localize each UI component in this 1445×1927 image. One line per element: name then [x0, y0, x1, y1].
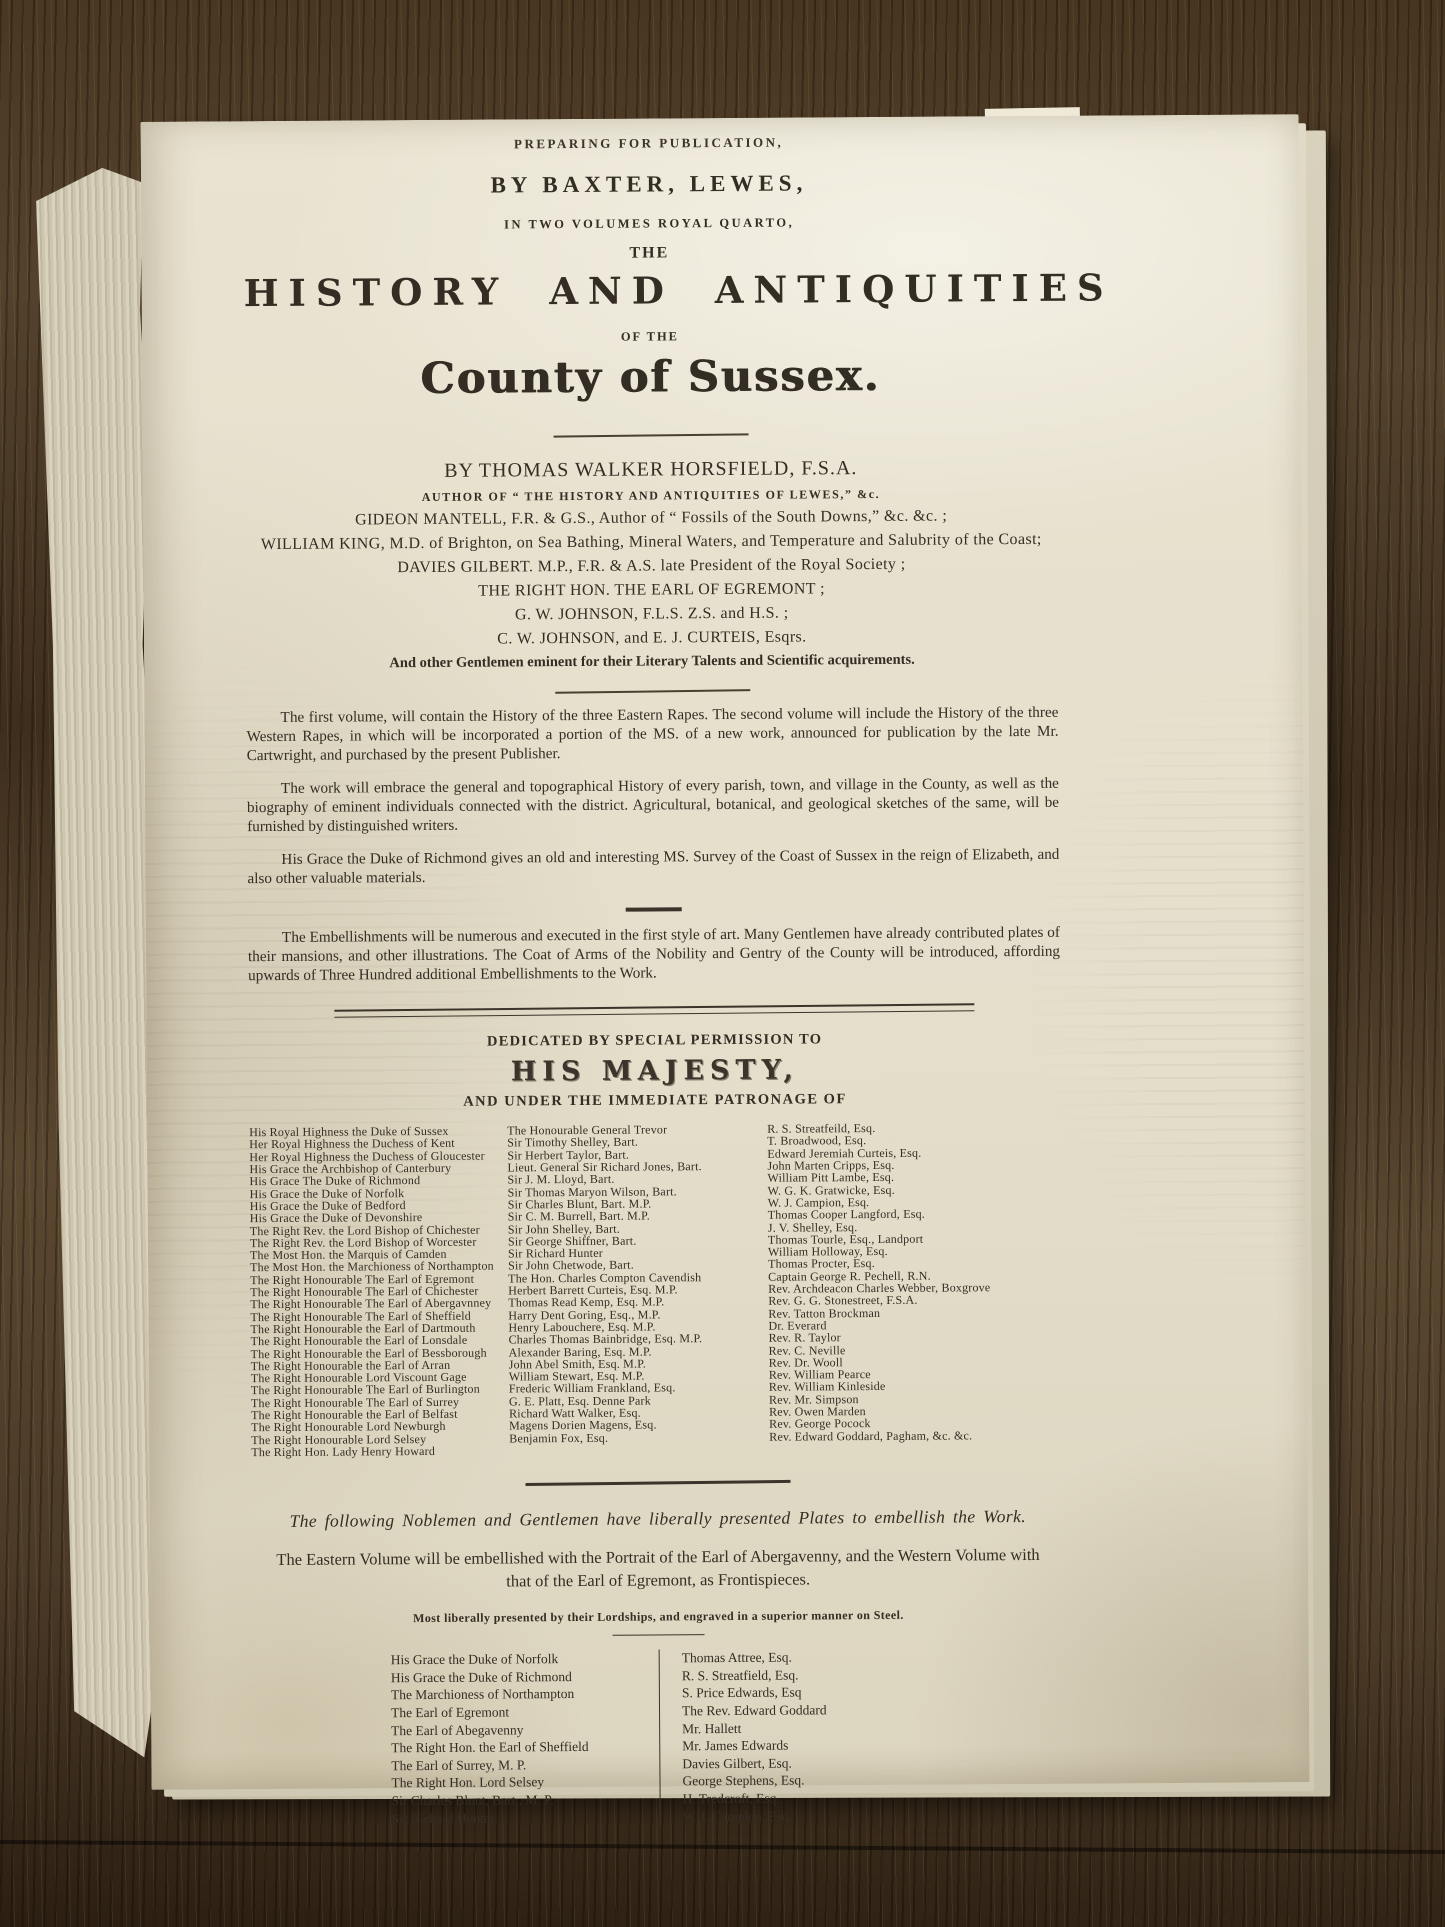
main-title: HISTORY AND ANTIQUITIES [243, 266, 1055, 315]
list-item: Rev. Edward Goddard, Pagham, &c. &c. [769, 1428, 1063, 1442]
preparing-line: PREPARING FOR PUBLICATION, [243, 133, 1055, 154]
list-item: S. Price Edwards, Esq [682, 1683, 952, 1702]
list-item: The Earl of Egremont [391, 1702, 659, 1721]
list-item: The Marchioness of Northampton [391, 1685, 659, 1704]
of-the-line: OF THE [244, 327, 1056, 347]
page-content: PREPARING FOR PUBLICATION, BY BAXTER, LE… [242, 116, 1065, 1828]
contributor-line: G. W. JOHNSON, F.L.S. Z.S. and H.S. ; [246, 602, 1058, 625]
body-paragraph: The work will embrace the general and to… [247, 774, 1059, 836]
list-item: W. I. Campion, Esq. [683, 1806, 953, 1825]
author-of-line: AUTHOR OF “ THE HISTORY AND ANTIQUITIES … [245, 485, 1057, 505]
book-page: PREPARING FOR PUBLICATION, BY BAXTER, LE… [140, 114, 1309, 1790]
plate-donor-column-1: His Grace the Duke of NorfolkHis Grace t… [391, 1650, 660, 1828]
list-item: The Right Hon. the Earl of Sheffield [391, 1738, 659, 1757]
contributor-line: GIDEON MANTELL, F.R. & G.S., Author of “… [245, 506, 1057, 529]
list-item: His Grace the Duke of Norfolk [391, 1650, 659, 1669]
list-item: Sir Charles Blunt, Bart., M. P. [392, 1790, 660, 1809]
volumes-line: IN TWO VOLUMES ROYAL QUARTO, [243, 214, 1055, 234]
patron-columns: His Royal Highness the Duke of SussexHer… [249, 1121, 1063, 1458]
contributor-line: C. W. JOHNSON, and E. J. CURTEIS, Esqrs. [246, 626, 1058, 649]
list-item: Benjamin Fox, Esq. [509, 1430, 769, 1444]
plate-donor-column-2: Thomas Attree, Esq.R. S. Streatfield, Es… [659, 1648, 953, 1826]
list-item: H. Tredcroft, Esq. [683, 1788, 953, 1807]
contributor-line: DAVIES GILBERT. M.P., F.R. & A.S. late P… [245, 554, 1057, 577]
list-item: The Right Hon. Lady Henry Howard [251, 1444, 509, 1458]
his-majesty-line: HIS MAJESTY, [249, 1053, 1061, 1089]
list-item: Mr. James Edwards [682, 1736, 952, 1755]
list-item: Thomas Attree, Esq. [682, 1648, 952, 1667]
body-paragraph: The first volume, will contain the Histo… [246, 703, 1058, 765]
list-item: The Earl of Surrey, M. P. [391, 1755, 659, 1774]
divider-rule [626, 907, 682, 911]
divider-rule [555, 689, 750, 693]
divider-rule [525, 1480, 790, 1486]
embellishments-paragraph: The Embellishments will be numerous and … [248, 923, 1060, 985]
list-item: R. S. Streatfield, Esq. [682, 1665, 952, 1684]
list-item: Mr. Hallett [682, 1718, 952, 1737]
list-item: Sir Richard Hunter [392, 1808, 660, 1827]
list-item: The Right Hon. Lord Selsey [391, 1773, 659, 1792]
steel-engraving-line: Most liberally presented by their Lordsh… [252, 1606, 1064, 1626]
dedication-line: DEDICATED BY SPECIAL PERMISSION TO [249, 1030, 1061, 1052]
list-item: George Stephens, Esq. [682, 1771, 952, 1790]
list-item: His Grace the Duke of Richmond [391, 1667, 659, 1686]
patron-column-1: His Royal Highness the Duke of SussexHer… [249, 1125, 509, 1459]
contributor-line: WILLIAM KING, M.D. of Brighton, on Sea B… [245, 530, 1057, 553]
divider-rule [613, 1634, 705, 1636]
county-subtitle: County of Sussex. [244, 350, 1056, 405]
patron-column-3: R. S. Streatfeild, Esq.T. Broadwood, Esq… [767, 1121, 1063, 1455]
publisher-line: BY BAXTER, LEWES, [243, 169, 1055, 200]
frontispiece-line: The Eastern Volume will be embellished w… [268, 1543, 1048, 1594]
the-line: THE [243, 242, 1055, 265]
plate-donor-columns: His Grace the Duke of NorfolkHis Grace t… [391, 1647, 1066, 1827]
list-item: Davies Gilbert, Esq. [682, 1753, 952, 1772]
list-item: The Rev. Edward Goddard [682, 1700, 952, 1719]
patronage-line: AND UNDER THE IMMEDIATE PATRONAGE OF [249, 1090, 1061, 1112]
contributor-line: THE RIGHT HON. THE EARL OF EGREMONT ; [246, 578, 1058, 601]
patron-column-2: The Honourable General TrevorSir Timothy… [507, 1123, 769, 1457]
contributor-line: And other Gentlemen eminent for their Li… [246, 650, 1058, 672]
author-line: BY THOMAS WALKER HORSFIELD, F.S.A. [245, 455, 1057, 483]
photo-scene: PREPARING FOR PUBLICATION, BY BAXTER, LE… [0, 0, 1445, 1927]
double-divider-rule [334, 1003, 974, 1017]
list-item: The Earl of Abegavenny [391, 1720, 659, 1739]
body-paragraph: His Grace the Duke of Richmond gives an … [247, 845, 1059, 888]
divider-rule [553, 433, 748, 437]
plates-intro-line: The following Noblemen and Gentlemen hav… [252, 1505, 1064, 1531]
